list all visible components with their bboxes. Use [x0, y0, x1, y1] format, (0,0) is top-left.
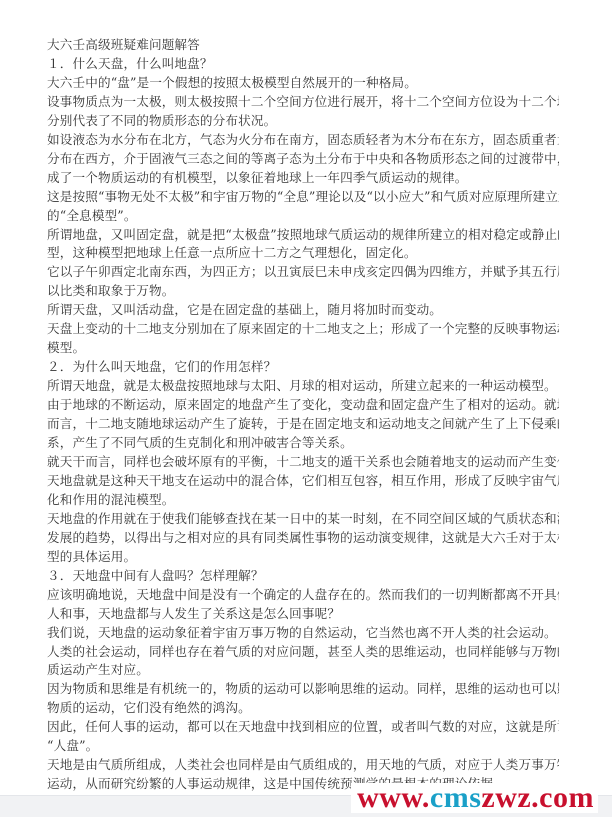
- text-line: 因为物质和思维是有机统一的，物质的运动可以影响思维的运动。同样，思维的运动也可以…: [47, 680, 559, 699]
- question-heading-1: １．什么天盘，什么叫地盘？: [47, 55, 559, 74]
- text-line: 的“全息模型”。: [47, 207, 559, 226]
- text-line: 而言，十二地支随地球运动产生了旋转，于是在固定地支和运动地支之间就产生了上下侵乘…: [47, 415, 559, 434]
- site-watermark: www.cmszwz.com: [351, 783, 598, 813]
- text-line: 就天干而言，同样也会破坏原有的平衡，十二地支的遁干关系也会随着地支的运动而产生变…: [47, 453, 559, 472]
- text-line: 因此，任何人事的运动，都可以在天地盘中找到相应的位置，或者叫气数的对应，这就是所…: [47, 718, 559, 737]
- text-line: 这是按照“事物无处不太极”和宇宙万物的“全息”理论以及“以小应大”和气质对应原理…: [47, 188, 559, 207]
- text-line: 成了一个物质运动的有机模型，以象征着地球上一年四季气质运动的规律。: [47, 169, 559, 188]
- text-line: 所谓地盘，又叫固定盘，就是把“太极盘”按照地球气质运动的规律所建立的相对稳定或静…: [47, 226, 559, 245]
- text-line: 模型。: [47, 339, 559, 358]
- text-line: 天盘上变动的十二地支分别加在了原来固定的十二地支之上；形成了一个完整的反映事物运…: [47, 320, 559, 339]
- document-title: 大六壬高级班疑难问题解答: [47, 36, 559, 55]
- watermark-suffix: zwz.com: [481, 781, 594, 814]
- question-heading-3: ３．天地盘中间有人盘吗？怎样理解？: [47, 567, 559, 586]
- text-line: 系，产生了不同气质的生克制化和刑冲破害合等关系。: [47, 434, 559, 453]
- text-line: 分布在西方，介于固液气三态之间的等离子态为土分布于中央和各物质形态之间的过渡带中…: [47, 150, 559, 169]
- text-line: 由于地球的不断运动，原来固定的地盘产生了变化，变动盘和固定盘产生了相对的运动。就…: [47, 396, 559, 415]
- text-line: 型，这种模型把地球上任意一点所应十二方之气理想化，固定化。: [47, 244, 559, 263]
- text-line: 天地盘的作用就在于使我们能够查找在某一日中的某一时刻，在不同空间区域的气质状态和…: [47, 510, 559, 529]
- text-line: 分别代表了不同的物质形态的分布状况。: [47, 112, 559, 131]
- watermark-accent: cms: [430, 781, 481, 814]
- text-line: 发展的趋势，以得出与之相对应的具有同类属性事物的运动演变规律，这就是大六壬对于太…: [47, 529, 559, 548]
- text-line: 人和事，天地盘都与人发生了关系这是怎么回事呢？: [47, 605, 559, 624]
- text-line: 应该明确地说，天地盘中间是没有一个确定的人盘存在的。然而我们的一切判断都离不开具…: [47, 586, 559, 605]
- text-line: 天地是由气质所组成，人类社会也同样是由气质组成的，用天地的气质，对应于人类万事万…: [47, 756, 559, 775]
- text-line: 以比类和取象于万物。: [47, 282, 559, 301]
- text-line: “人盘”。: [47, 737, 559, 756]
- text-line: 所谓天地盘，就是太极盘按照地球与太阳、月球的相对运动，所建立起来的一种运动模型。: [47, 377, 559, 396]
- text-line: 它以子午卯酉定北南东西，为四正方；以丑寅辰巳未申戌亥定四偶为四维方，并赋予其五行…: [47, 263, 559, 282]
- text-line: 型的具体运用。: [47, 548, 559, 567]
- text-line: 我们说，天地盘的运动象征着宇宙万事万物的自然运动，它当然也离不开人类的社会运动。: [47, 624, 559, 643]
- text-line: 人类的社会运动，同样也存在着气质的对应问题，甚至人类的思维运动，也同样能够与万物…: [47, 643, 559, 662]
- watermark-prefix: www.: [357, 781, 430, 814]
- text-line: 天地盘就是这种天干地支在运动中的混合体，它们相互包容，相互作用，形成了反映宇宙气…: [47, 472, 559, 491]
- text-line: 大六壬中的“盘”是一个假想的按照太极模型自然展开的一种格局。: [47, 74, 559, 93]
- text-line: 化和作用的混沌模型。: [47, 491, 559, 510]
- document-page: 大六壬高级班疑难问题解答 １．什么天盘，什么叫地盘？ 大六壬中的“盘”是一个假想…: [0, 0, 612, 795]
- text-line: 所谓天盘，又叫活动盘，它是在固定盘的基础上，随月将加时而变动。: [47, 301, 559, 320]
- text-line: 设事物质点为一太极，则太极按照十二个空间方位进行展开，将十二个空间方位设为十二个…: [47, 93, 559, 112]
- text-line: 质运动产生对应。: [47, 661, 559, 680]
- text-line: 物质的运动，它们没有绝然的鸿沟。: [47, 699, 559, 718]
- question-heading-2: ２．为什么叫天地盘，它们的作用怎样？: [47, 358, 559, 377]
- document-body: 大六壬高级班疑难问题解答 １．什么天盘，什么叫地盘？ 大六壬中的“盘”是一个假想…: [47, 36, 559, 813]
- text-line: 如设液态为水分布在北方，气态为火分布在南方，固态质轻者为木分布在东方，固态质重者…: [47, 131, 559, 150]
